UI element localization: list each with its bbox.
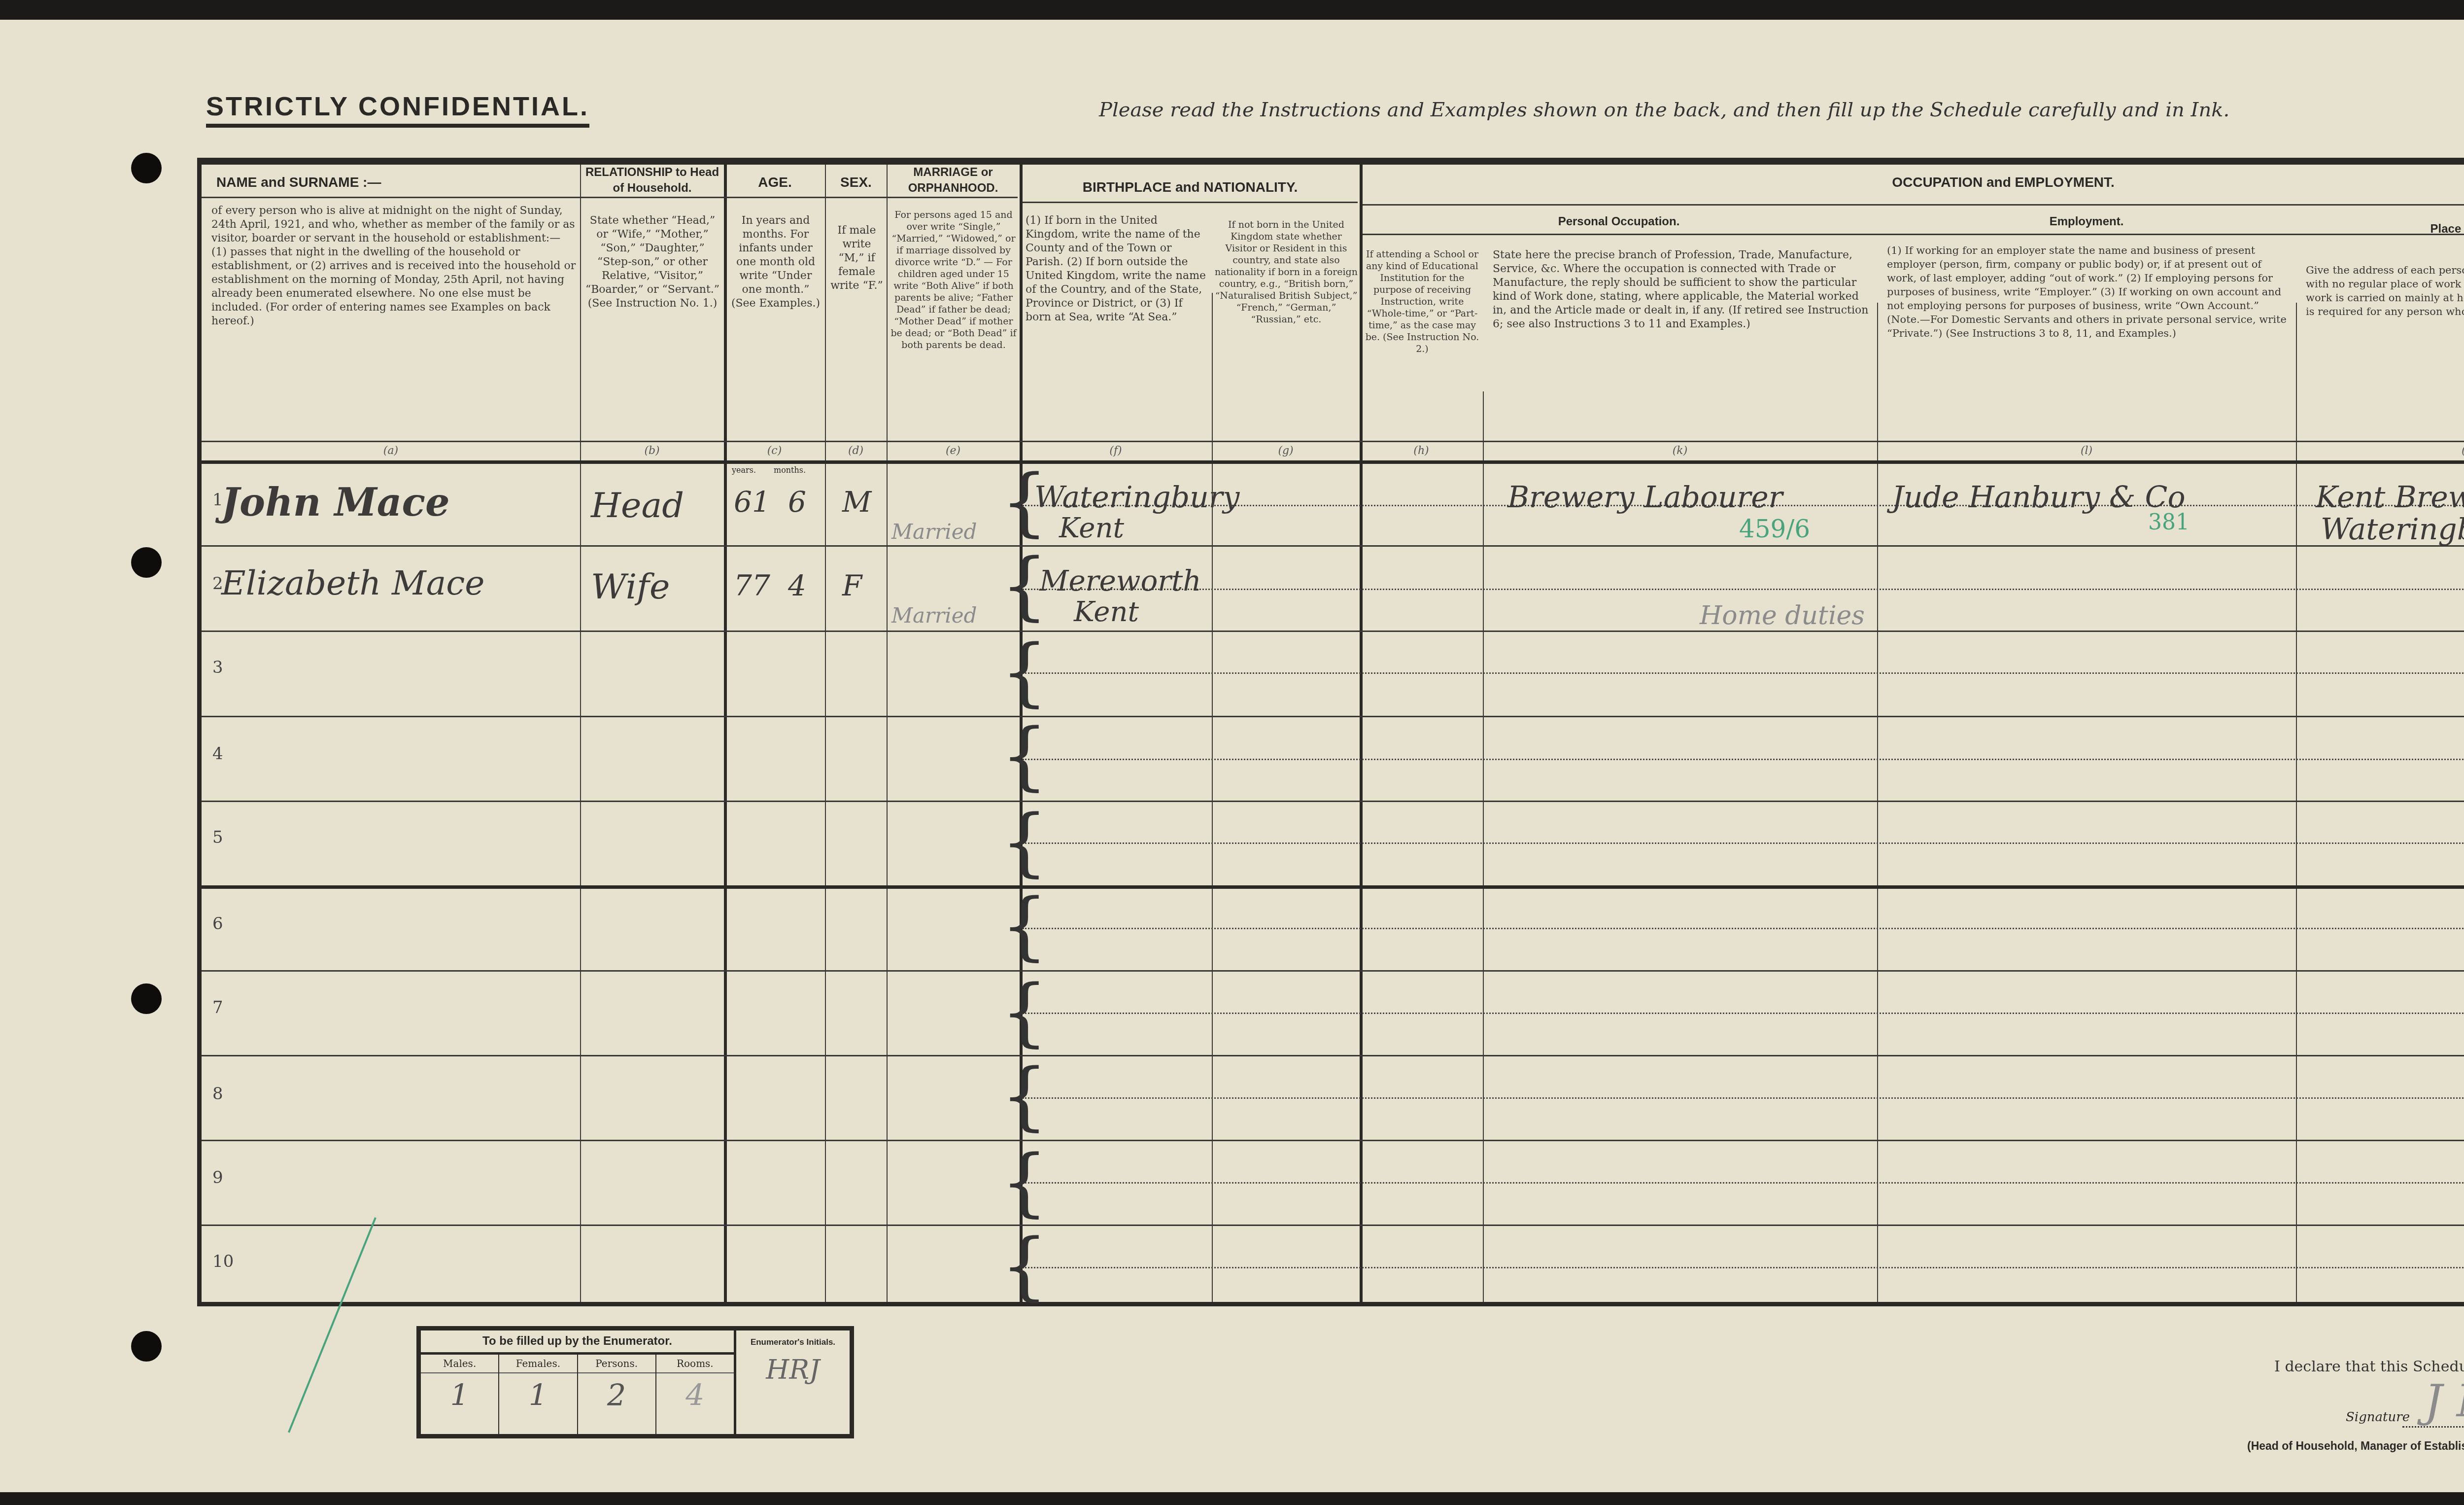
dotted-guide	[1023, 842, 2464, 844]
col-f-letter: (f)	[1020, 445, 1212, 457]
dotted-guide	[1023, 928, 2464, 929]
dotted-guide	[1023, 1097, 2464, 1099]
data-top-rule	[202, 460, 2464, 464]
persons-value[interactable]: 2	[578, 1373, 655, 1418]
col-g-letter: (g)	[1212, 445, 1360, 457]
enumerator-summary-box: To be filled up by the Enumerator. Males…	[416, 1326, 854, 1438]
col-l-title: Employment.	[1879, 214, 2294, 230]
col-d-desc: If male write “M,” if female write “F.”	[828, 224, 885, 293]
header-rule	[1363, 234, 2464, 235]
col-e-desc: For persons aged 15 and over write “Sing…	[890, 209, 1018, 351]
signature-label: Signature	[2346, 1410, 2410, 1425]
summary-header: To be filled up by the Enumerator.	[421, 1330, 734, 1355]
row-number: 7	[212, 998, 223, 1017]
row-rule	[202, 545, 2464, 547]
row-rule	[202, 970, 2464, 972]
page-title: STRICTLY CONFIDENTIAL.	[206, 91, 589, 128]
row-number: 8	[212, 1084, 223, 1104]
scan-border-bottom	[0, 1492, 2464, 1505]
row-number: 3	[212, 658, 223, 677]
col-k-letter: (k)	[1483, 445, 1877, 457]
row1-place-1[interactable]: Kent Brewery	[2316, 480, 2464, 515]
row-rule	[202, 630, 2464, 632]
col-k-desc: State here the precise branch of Profess…	[1493, 248, 1872, 331]
row1-relationship[interactable]: Head	[591, 485, 684, 525]
initials-value[interactable]: HRJ	[736, 1354, 850, 1385]
col-f-desc: (1) If born in the United Kingdom, write…	[1026, 214, 1209, 324]
header-rule	[1363, 204, 2464, 206]
brace: {	[1001, 976, 1048, 1050]
brace: {	[1001, 719, 1048, 793]
row1-employment[interactable]: Jude Hanbury & Co	[1892, 480, 2186, 515]
age-months-subhead: months.	[774, 465, 806, 475]
col-a-title: NAME and SURNAME :—	[206, 175, 581, 190]
brace: {	[1001, 1059, 1048, 1133]
row2-birthplace-2[interactable]: Kent	[1074, 596, 1139, 628]
col-occ-title: OCCUPATION and EMPLOYMENT.	[1363, 175, 2464, 190]
punch-hole	[131, 1331, 162, 1362]
row2-occupation[interactable]: Home duties	[1700, 601, 1865, 630]
punch-hole	[131, 547, 162, 578]
col-m-desc: Give the address of each person's place …	[2306, 263, 2464, 318]
persons-label: Persons.	[578, 1355, 655, 1373]
row1-age-years[interactable]: 61	[734, 485, 770, 519]
dotted-guide	[1023, 1182, 2464, 1184]
males-label: Males.	[421, 1355, 498, 1373]
brace: {	[1001, 1229, 1048, 1303]
row1-age-months[interactable]: 6	[788, 485, 806, 519]
col-a-desc: of every person who is alive at midnight…	[211, 204, 576, 328]
row-number: 4	[212, 744, 223, 764]
row2-relationship[interactable]: Wife	[591, 566, 670, 607]
divider-c	[724, 165, 727, 1302]
col-h-letter: (h)	[1360, 445, 1483, 457]
divider-k	[1483, 391, 1484, 1302]
row1-occupation[interactable]: Brewery Labourer	[1507, 480, 1782, 515]
initials-label: Enumerator's Initials.	[736, 1330, 850, 1354]
row2-age-years[interactable]: 77	[734, 569, 770, 602]
rooms-label: Rooms.	[656, 1355, 734, 1373]
col-b-letter: (b)	[580, 445, 724, 457]
col-l-desc: (1) If working for an employer state the…	[1887, 244, 2291, 340]
col-b-desc: State whether “Head,” or “Wife,” “Mother…	[583, 214, 721, 311]
punch-hole	[131, 983, 162, 1014]
col-h-desc: If attending a School or any kind of Edu…	[1364, 248, 1481, 355]
row1-birthplace-1[interactable]: Wateringbury	[1034, 480, 1239, 515]
row-rule	[202, 1055, 2464, 1056]
divider-b	[580, 165, 581, 1302]
census-schedule-table: NAME and SURNAME :— RELATIONSHIP to Head…	[197, 158, 2464, 1306]
rooms-value[interactable]: 4	[656, 1373, 734, 1418]
row1-employment-code: 381	[2148, 510, 2190, 535]
col-g-desc: If not born in the United Kingdom state …	[1215, 219, 1358, 325]
row-rule	[202, 1225, 2464, 1226]
row1-place-2[interactable]: Wateringbury	[2321, 512, 2464, 547]
row2-name[interactable]: Elizabeth Mace	[221, 564, 485, 603]
row1-birthplace-2[interactable]: Kent	[1059, 512, 1124, 544]
brace: {	[1001, 889, 1048, 963]
col-l-letter: (l)	[1877, 445, 2296, 457]
divider-h	[1360, 165, 1363, 1302]
col-e-letter: (e)	[887, 445, 1020, 457]
row1-occupation-code: 459/6	[1739, 515, 1810, 543]
dotted-guide	[1023, 1267, 2464, 1268]
row-rule	[202, 801, 2464, 802]
col-c-letter: (c)	[724, 445, 825, 457]
females-value[interactable]: 1	[499, 1373, 577, 1418]
scan-border-top	[0, 0, 2464, 20]
row1-marriage[interactable]: Married	[891, 520, 977, 544]
col-a-letter: (a)	[202, 445, 580, 457]
row-number: 6	[212, 914, 223, 934]
row-number: 10	[212, 1252, 234, 1271]
row-rule	[202, 1140, 2464, 1141]
signature-value[interactable]: J Mace	[2425, 1375, 2464, 1427]
row1-name[interactable]: John Mace	[221, 480, 450, 525]
col-m-letter: (m)	[2296, 445, 2464, 457]
punch-hole	[131, 153, 162, 183]
dotted-guide	[1023, 589, 2464, 590]
females-label: Females.	[499, 1355, 577, 1373]
col-b-title: RELATIONSHIP to Head of Household.	[582, 165, 722, 196]
row-number: 5	[212, 828, 223, 847]
declaration-text: I declare that this Schedule is correctl…	[2274, 1358, 2464, 1375]
brace: {	[1001, 1146, 1048, 1220]
row2-marriage[interactable]: Married	[891, 603, 977, 628]
males-value[interactable]: 1	[421, 1373, 498, 1418]
col-fg-title: BIRTHPLACE and NATIONALITY.	[1023, 179, 1358, 195]
dotted-guide	[1023, 1013, 2464, 1014]
row2-age-months[interactable]: 4	[788, 569, 806, 602]
divider-e	[887, 165, 888, 1302]
col-d-title: SEX.	[827, 175, 885, 190]
signature-caption: (Head of Household, Manager of Establish…	[2247, 1439, 2464, 1453]
divider-d	[825, 165, 826, 1302]
row2-birthplace-1[interactable]: Mereworth	[1039, 564, 1201, 597]
dotted-guide	[1023, 759, 2464, 760]
row1-sex[interactable]: M	[842, 485, 871, 519]
col-c-desc: In years and months. For infants under o…	[729, 214, 822, 311]
dotted-guide	[1023, 672, 2464, 674]
brace: {	[1001, 805, 1048, 879]
col-e-title: MARRIAGE or ORPHANHOOD.	[889, 165, 1018, 196]
col-c-title: AGE.	[727, 175, 823, 190]
header-rule	[202, 197, 1018, 198]
row-number: 9	[212, 1168, 223, 1188]
row-rule	[202, 716, 2464, 717]
age-years-subhead: years.	[732, 465, 756, 475]
header-rule	[1023, 202, 1358, 203]
brace: {	[1001, 635, 1048, 709]
letter-rule	[202, 441, 2464, 442]
row-rule	[202, 885, 2464, 889]
col-k-title: Personal Occupation.	[1363, 214, 1875, 230]
instruction-line: Please read the Instructions and Example…	[1099, 99, 2229, 121]
col-d-letter: (d)	[825, 445, 887, 457]
row2-sex[interactable]: F	[842, 569, 862, 602]
